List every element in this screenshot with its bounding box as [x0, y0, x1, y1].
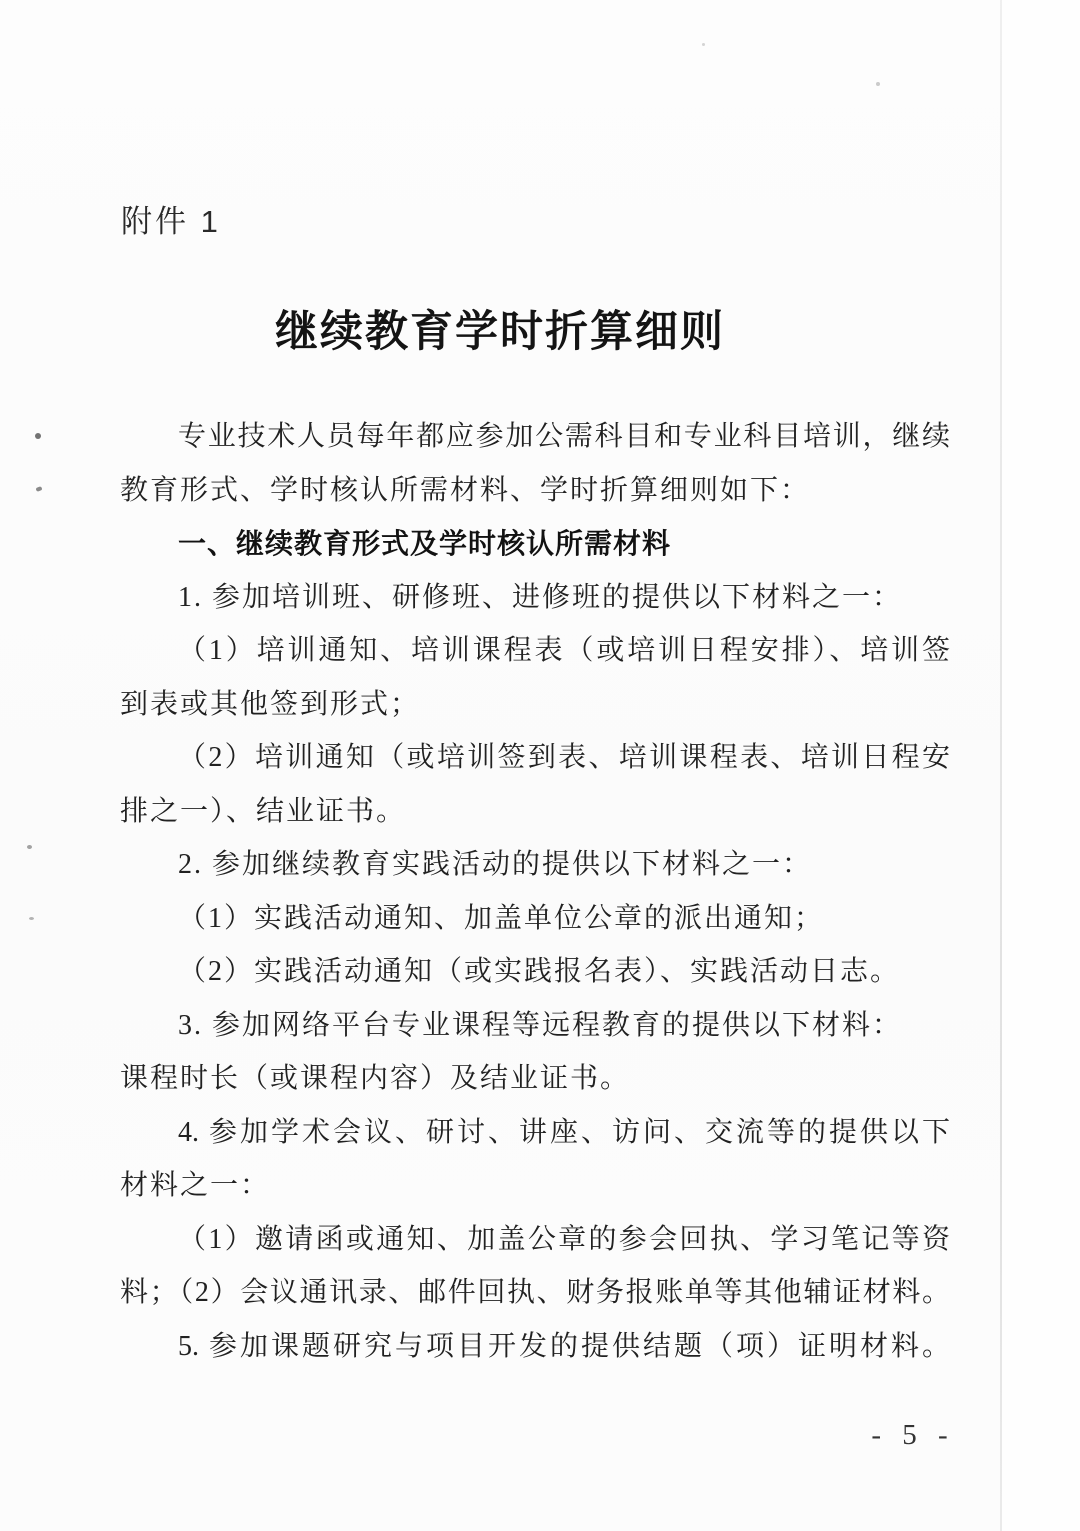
- page-number: - 5 -: [868, 1419, 958, 1452]
- scanned-document-page: 附件 1 继续教育学时折算细则 专业技术人员每年都应参加公需科目和专业科目培训，…: [0, 0, 1080, 1531]
- document-line: 排之一）、结业证书。: [120, 785, 950, 839]
- scan-speckle: [35, 486, 42, 492]
- document-line: 材料之一：: [120, 1159, 950, 1213]
- document-title: 继续教育学时折算细则: [0, 298, 1000, 359]
- document-line: 1. 参加培训班、研修班、进修班的提供以下材料之一：: [120, 571, 950, 625]
- page-edge-line: [1000, 0, 1002, 1531]
- document-line: （1）邀请函或通知、加盖公章的参会回执、学习笔记等资: [120, 1213, 950, 1267]
- document-line: （1）培训通知、培训课程表（或培训日程安排）、培训签: [120, 624, 950, 678]
- page-edge-shade: [1002, 0, 1080, 1531]
- document-body: 专业技术人员每年都应参加公需科目和专业科目培训，继续教育形式、学时核认所需材料、…: [120, 410, 950, 1373]
- section-heading: 一、继续教育形式及学时核认所需材料: [120, 517, 950, 571]
- scan-speckle: [27, 845, 32, 849]
- document-line: 到表或其他签到形式；: [120, 678, 950, 732]
- document-line: 专业技术人员每年都应参加公需科目和专业科目培训，继续: [120, 410, 950, 464]
- document-line: （2）实践活动通知（或实践报名表）、实践活动日志。: [120, 945, 950, 999]
- document-line: 4. 参加学术会议、研讨、讲座、访问、交流等的提供以下: [120, 1106, 950, 1160]
- document-line: 2. 参加继续教育实践活动的提供以下材料之一：: [120, 838, 950, 892]
- document-line: （1）实践活动通知、加盖单位公章的派出通知；: [120, 892, 950, 946]
- scan-speckle: [876, 82, 880, 86]
- scan-speckle: [29, 917, 34, 920]
- scan-speckle: [702, 43, 705, 46]
- scan-speckle: [35, 433, 41, 439]
- document-line: 料；（2）会议通讯录、邮件回执、财务报账单等其他辅证材料。: [120, 1266, 950, 1320]
- attachment-label: 附件 1: [121, 196, 221, 241]
- document-line: 3. 参加网络平台专业课程等远程教育的提供以下材料：: [120, 999, 950, 1053]
- document-line: 教育形式、学时核认所需材料、学时折算细则如下：: [120, 464, 950, 518]
- document-line: 课程时长（或课程内容）及结业证书。: [120, 1052, 950, 1106]
- document-line: （2）培训通知（或培训签到表、培训课程表、培训日程安: [120, 731, 950, 785]
- document-line: 5. 参加课题研究与项目开发的提供结题（项）证明材料。: [120, 1320, 950, 1374]
